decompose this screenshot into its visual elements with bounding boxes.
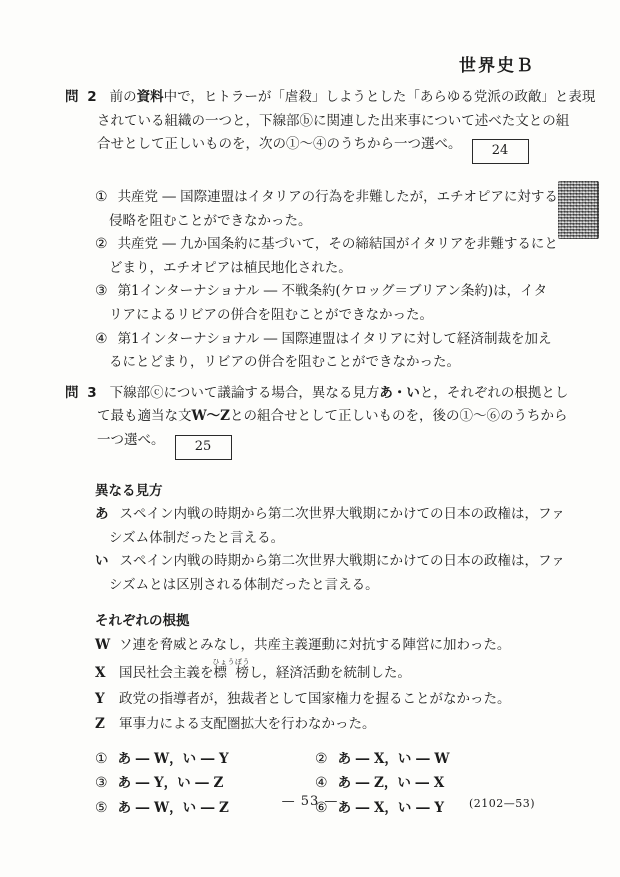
option-number: ① (95, 189, 108, 205)
combo-option-3: ③あ ― Y，い ― Z (95, 771, 315, 796)
option-text: 第1インターナショナル ― 不戦条約(ケロッグ＝ブリアン条約)は，イタ (118, 283, 548, 299)
views-heading: 異なる見方 (95, 479, 565, 503)
option-text: るにとどまり，リビアの併合を阻むことができなかった。 (109, 351, 565, 375)
option-text: 共産党 ― 九か国条約に基づいて，その締結国がイタリアを非難するにと (118, 236, 558, 252)
ground-label: X (95, 661, 119, 686)
view-text: シズム体制だったと言える。 (109, 527, 565, 551)
option-text: 共産党 ― 国際連盟はイタリアの行為を非難したが，エチオピアに対する (118, 189, 558, 205)
ground-z: Z軍事力による支配圏拡大を行わなかった。 (95, 712, 565, 737)
option-number: ③ (95, 775, 108, 791)
view-label: い (95, 553, 109, 569)
view-a: あスペイン内戦の時期から第二次世界大戦期にかけての日本の政権は，ファ シズム体制… (65, 503, 565, 551)
q2-option-4: ④第1インターナショナル ― 国際連盟はイタリアに対して経済制裁を加え るにとど… (65, 328, 565, 375)
combo-text: あ ― X，い ― W (338, 751, 450, 767)
option-number: ④ (95, 331, 108, 347)
ground-ruby-furigana: ひょうぼう (212, 658, 250, 666)
option-number: ② (95, 236, 108, 252)
q2-option-3: ③第1インターナショナル ― 不戦条約(ケロッグ＝ブリアン条約)は，イタ リアに… (65, 280, 565, 327)
ground-text-pre: 国民社会主義を (119, 665, 214, 681)
combo-option-1: ①あ ― W，い ― Y (95, 747, 315, 772)
ground-y: Y政党の指導者が，独裁者として国家権力を握ることがなかった。 (95, 687, 565, 712)
q2-option-2: ②共産党 ― 九か国条約に基づいて，その締結国がイタリアを非難するにと どまり，… (65, 233, 565, 280)
exam-page: 世界史Ｂ 問 2前の資料中で，ヒトラーが「虐殺」しようとした「あらゆる党派の政敵… (0, 0, 620, 877)
question-2: 問 2前の資料中で，ヒトラーが「虐殺」しようとした「あらゆる党派の政敵」と表現 … (65, 86, 565, 375)
view-label: あ (95, 506, 109, 522)
ground-ruby: 標 榜ひょうぼう (214, 665, 249, 681)
q3-stem-line-1: 問 3下線部ⓒについて議論する場合，異なる見方あ・いと，それぞれの根拠とし (65, 382, 565, 406)
combo-text: あ ― W，い ― Y (118, 751, 229, 767)
ground-label: W (95, 633, 119, 658)
option-number: ④ (315, 775, 328, 791)
option-text: リアによるリビアの併合を阻むことができなかった。 (109, 304, 565, 328)
q3-stem-text: との組合せとして正しいものを，後の①～⑥のうちから (230, 408, 568, 424)
subject-title: 世界史Ｂ (459, 51, 535, 76)
q2-stem-text: 中で，ヒトラーが「虐殺」しようとした「あらゆる党派の政敵」と表現 (164, 89, 596, 105)
ground-text: 国民社会主義を標 榜ひょうぼうし，経済活動を統制した。 (119, 665, 411, 681)
document-code: (2102—53) (469, 797, 535, 810)
page-content: 問 2前の資料中で，ヒトラーが「虐殺」しようとした「あらゆる党派の政敵」と表現 … (65, 86, 565, 821)
q2-option-1: ①共産党 ― 国際連盟はイタリアの行為を非難したが，エチオピアに対する 侵略を阻… (65, 186, 565, 233)
option-text: どまり，エチオピアは植民地化された。 (109, 257, 565, 281)
combo-text: あ ― Y，い ― Z (118, 775, 224, 791)
q3-stem-text: 一つ選べ。 (97, 432, 165, 448)
view-text: スペイン内戦の時期から第二次世界大戦期にかけての日本の政権は，ファ (120, 553, 565, 569)
answer-number-box-24: 24 (472, 139, 529, 164)
answer-number-box-25: 25 (175, 435, 232, 460)
view-text: スペイン内戦の時期から第二次世界大戦期にかけての日本の政権は，ファ (120, 506, 565, 522)
q3-stem-text: 下線部ⓒについて議論する場合，異なる見方 (110, 385, 380, 401)
q2-label: 問 2 (65, 89, 99, 105)
q3-stem-text: て最も適当な文 (97, 408, 192, 424)
option-text: 侵略を阻むことができなかった。 (109, 210, 565, 234)
option-number: ③ (95, 283, 108, 299)
ground-text: 政党の指導者が，独裁者として国家権力を握ることがなかった。 (119, 691, 511, 707)
ground-text: 軍事力による支配圏拡大を行わなかった。 (119, 716, 376, 732)
option-number: ② (315, 751, 328, 767)
option-text: 第1インターナショナル ― 国際連盟はイタリアに対して経済制裁を加え (118, 331, 552, 347)
combo-text: あ ― Z，い ― X (338, 775, 445, 791)
ground-text-post: し，経済活動を統制した。 (249, 665, 411, 681)
q2-stem-text: 合せとして正しいものを，次の①～④のうちから一つ選べ。 (97, 136, 462, 152)
grounds-heading: それぞれの根拠 (95, 609, 565, 633)
ground-x: X国民社会主義を標 榜ひょうぼうし，経済活動を統制した。 (95, 658, 565, 686)
q3-stem-line-3: 一つ選べ。25 (97, 429, 565, 460)
ground-ruby-base: 標 榜 (212, 665, 250, 681)
ground-w: Wソ連を脅威とみなし，共産主義運動に対抗する陣営に加わった。 (95, 633, 565, 658)
option-number: ① (95, 751, 108, 767)
q2-stem-line-1: 問 2前の資料中で，ヒトラーが「虐殺」しようとした「あらゆる党派の政敵」と表現 (65, 86, 565, 110)
view-text: シズムとは区別される体制だったと言える。 (109, 574, 565, 598)
ground-label: Y (95, 687, 119, 712)
view-i: いスペイン内戦の時期から第二次世界大戦期にかけての日本の政権は，ファ シズムとは… (65, 550, 565, 598)
ground-text: ソ連を脅威とみなし，共産主義運動に対抗する陣営に加わった。 (119, 637, 510, 653)
question-3: 問 3下線部ⓒについて議論する場合，異なる見方あ・いと，それぞれの根拠とし て最… (65, 382, 565, 821)
q2-stem-bold-word: 資料 (137, 89, 164, 105)
q3-label: 問 3 (65, 385, 99, 401)
combo-option-4: ④あ ― Z，い ― X (315, 771, 565, 796)
q2-stem-text: 前の (110, 89, 137, 105)
q2-stem-line-3: 合せとして正しいものを，次の①～④のうちから一つ選べ。24 (97, 133, 565, 164)
q3-stem-line-2: て最も適当な文W～Zとの組合せとして正しいものを，後の①～⑥のうちから (97, 405, 565, 429)
q3-stem-text: と，それぞれの根拠とし (420, 385, 569, 401)
q2-stem-line-2: されている組織の一つと，下線部ⓑに関連した出来事について述べた文との組 (97, 110, 565, 134)
ground-label: Z (95, 712, 119, 737)
q3-stem-bold-letters: W～Z (192, 408, 231, 424)
combo-option-2: ②あ ― X，い ― W (315, 747, 565, 772)
q3-stem-bold-views: あ・い (379, 385, 420, 401)
